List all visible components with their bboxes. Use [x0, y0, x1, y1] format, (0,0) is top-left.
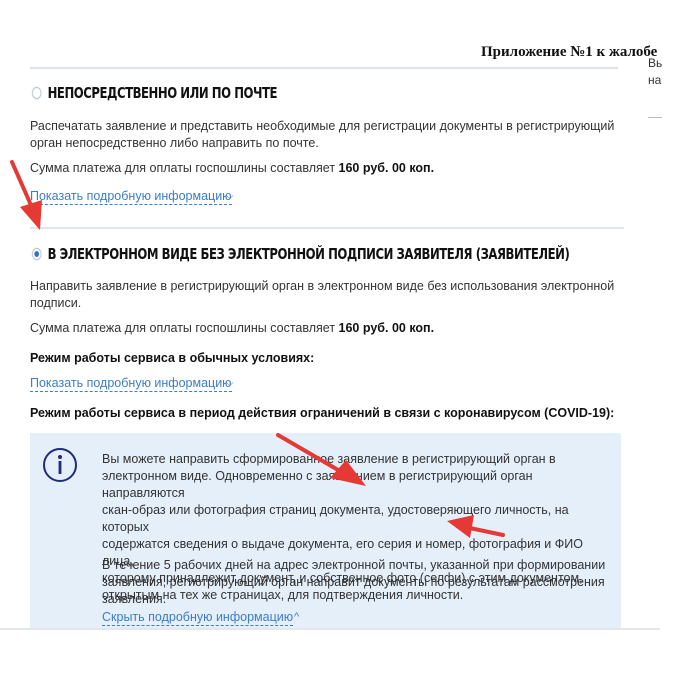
option-title: В ЭЛЕКТРОННОМ ВИДЕ БЕЗ ЭЛЕКТРОННОЙ ПОДПИ… [48, 245, 570, 263]
chevron-down-icon[interactable]: ⌵ [226, 378, 234, 389]
radio-by-mail[interactable] [32, 87, 41, 99]
show-details-link[interactable]: Показать подробную информацию [30, 189, 232, 205]
covid-mode-label: Режим работы сервиса в период действия о… [30, 406, 614, 420]
radio-electronic[interactable] [32, 248, 41, 260]
show-details-link[interactable]: Показать подробную информацию [30, 376, 232, 392]
divider [30, 227, 624, 229]
side-divider [648, 117, 662, 118]
option-electronic-no-signature[interactable]: В ЭЛЕКТРОННОМ ВИДЕ БЕЗ ЭЛЕКТРОННОЙ ПОДПИ… [32, 245, 569, 263]
chevron-down-icon[interactable]: ⌵ [226, 191, 234, 202]
hide-details-link[interactable]: Скрыть подробную информацию [102, 610, 293, 626]
side-text-fragment: на [648, 73, 661, 87]
appendix-title: Приложение №1 к жалобе [481, 44, 657, 61]
fee-text: Сумма платежа для оплаты госпошлины сост… [30, 160, 434, 177]
normal-mode-label: Режим работы сервиса в обычных условиях: [30, 351, 314, 365]
option-by-mail[interactable]: НЕПОСРЕДСТВЕННО ИЛИ ПО ПОЧТЕ [32, 84, 277, 102]
fee-value: 160 руб. 00 коп. [339, 161, 435, 175]
chevron-up-icon[interactable]: ^ [294, 611, 299, 623]
info-paragraph: В течение 5 рабочих дней на адрес электр… [102, 557, 612, 608]
side-text-fragment: Вь [648, 56, 662, 70]
option-description: Направить заявление в регистрирующий орг… [30, 278, 614, 312]
divider [0, 628, 660, 630]
fee-value: 160 руб. 00 коп. [339, 321, 435, 335]
divider [30, 67, 618, 69]
fee-text: Сумма платежа для оплаты госпошлины сост… [30, 320, 434, 337]
option-title: НЕПОСРЕДСТВЕННО ИЛИ ПО ПОЧТЕ [48, 84, 277, 102]
option-description: Распечатать заявление и представить необ… [30, 118, 614, 152]
info-icon [42, 447, 78, 483]
